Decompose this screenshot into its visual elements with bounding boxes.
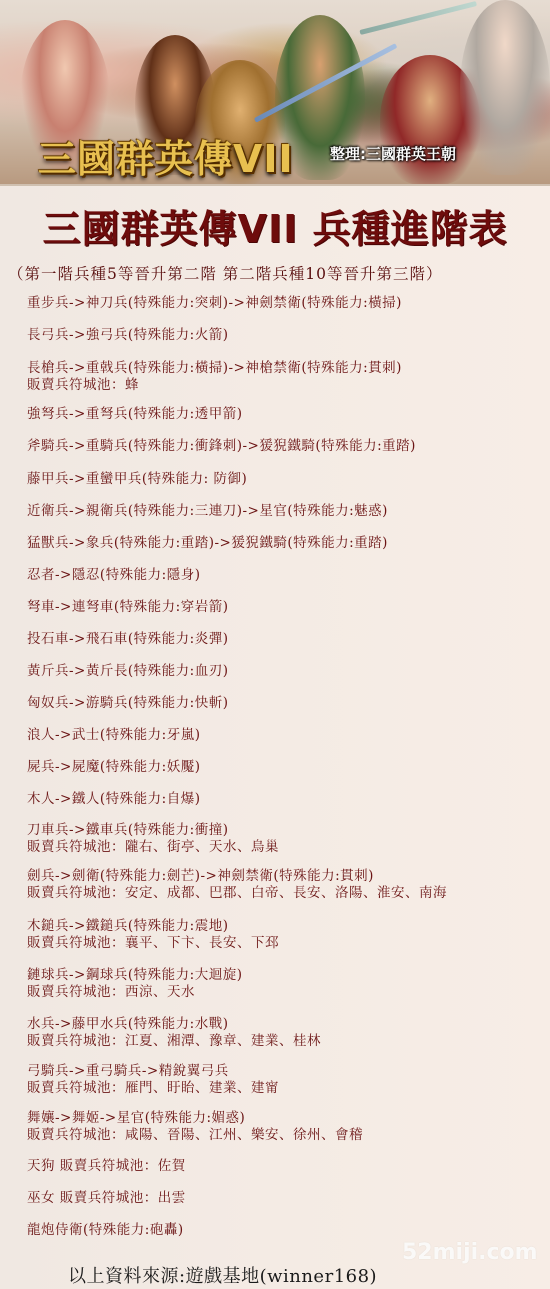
unit-entry: 刀車兵->鐵車兵(特殊能力:衝撞)販賣兵符城池：隴右、街亭、天水、烏巢 — [27, 822, 279, 856]
unit-entry: 劍兵->劍衛(特殊能力:劍芒)->神劍禁衛(特殊能力:貫刺)販賣兵符城池：安定、… — [27, 868, 447, 902]
upgrade-path: 投石車->飛石車(特殊能力:炎彈) — [27, 631, 228, 648]
recruit-cities: 販賣兵符城池：咸陽、晉陽、江州、樂安、徐州、會稽 — [27, 1127, 363, 1144]
upgrade-path: 斧騎兵->重騎兵(特殊能力:衝鋒刺)->猨猊鐵騎(特殊能力:重踏) — [27, 438, 416, 455]
upgrade-path: 巫女 販賣兵符城池：出雲 — [27, 1190, 186, 1207]
upgrade-path: 黃斤兵->黃斤長(特殊能力:血刃) — [27, 663, 228, 680]
unit-entry: 黃斤兵->黃斤長(特殊能力:血刃) — [27, 663, 228, 680]
unit-entry: 藤甲兵->重蠻甲兵(特殊能力: 防御) — [27, 471, 247, 488]
upgrade-path: 匈奴兵->游騎兵(特殊能力:快斬) — [27, 695, 228, 712]
recruit-cities: 販賣兵符城池：西涼、天水 — [27, 984, 242, 1001]
upgrade-path: 強弩兵->重弩兵(特殊能力:透甲箭) — [27, 406, 242, 423]
game-logo: 三國群英傳VII — [38, 128, 294, 183]
upgrade-path: 浪人->武士(特殊能力:牙嵐) — [27, 727, 200, 744]
unit-entry: 近衛兵->親衛兵(特殊能力:三連刀)->星官(特殊能力:魅惑) — [27, 503, 388, 520]
unit-entry: 浪人->武士(特殊能力:牙嵐) — [27, 727, 200, 744]
upgrade-path: 藤甲兵->重蠻甲兵(特殊能力: 防御) — [27, 471, 247, 488]
unit-entry: 水兵->藤甲水兵(特殊能力:水戰)販賣兵符城池：江夏、湘潭、豫章、建業、桂林 — [27, 1016, 321, 1050]
recruit-cities: 販賣兵符城池：安定、成都、巴郡、白帝、長安、洛陽、淮安、南海 — [27, 885, 447, 902]
unit-entry: 木鎚兵->鐵鎚兵(特殊能力:震地)販賣兵符城池：襄平、下卞、長安、下邳 — [27, 918, 279, 952]
unit-entry: 長槍兵->重戟兵(特殊能力:橫掃)->神槍禁衛(特殊能力:貫刺)販賣兵符城池：蜂 — [27, 360, 402, 394]
upgrade-path: 木鎚兵->鐵鎚兵(特殊能力:震地) — [27, 918, 279, 935]
upgrade-path: 重步兵->神刀兵(特殊能力:突刺)->神劍禁衛(特殊能力:橫掃) — [27, 295, 402, 312]
recruit-cities: 販賣兵符城池：襄平、下卞、長安、下邳 — [27, 935, 279, 952]
unit-entry: 巫女 販賣兵符城池：出雲 — [27, 1190, 186, 1207]
watermark: 52miji.com — [402, 1240, 538, 1265]
unit-entry: 投石車->飛石車(特殊能力:炎彈) — [27, 631, 228, 648]
unit-entry: 長弓兵->強弓兵(特殊能力:火箭) — [27, 327, 228, 344]
unit-entry: 弩車->連弩車(特殊能力:穿岩箭) — [27, 599, 228, 616]
upgrade-path: 弓騎兵->重弓騎兵->精銳翼弓兵 — [27, 1063, 279, 1080]
character-art — [460, 0, 550, 175]
recruit-cities: 販賣兵符城池：蜂 — [27, 377, 402, 394]
unit-entry: 猛獸兵->象兵(特殊能力:重踏)->猨猊鐵騎(特殊能力:重踏) — [27, 535, 388, 552]
unit-entry: 弓騎兵->重弓騎兵->精銳翼弓兵販賣兵符城池：雁門、盱眙、建業、建甯 — [27, 1063, 279, 1097]
unit-entry: 天狗 販賣兵符城池：佐賀 — [27, 1158, 186, 1175]
unit-entry: 木人->鐵人(特殊能力:自爆) — [27, 791, 200, 808]
upgrade-path: 長槍兵->重戟兵(特殊能力:橫掃)->神槍禁衛(特殊能力:貫刺) — [27, 360, 402, 377]
unit-entry: 強弩兵->重弩兵(特殊能力:透甲箭) — [27, 406, 242, 423]
upgrade-path: 屍兵->屍魔(特殊能力:妖魘) — [27, 759, 200, 776]
source-credit: 以上資料來源:遊戲基地(winner168) — [68, 1262, 377, 1288]
upgrade-path: 木人->鐵人(特殊能力:自爆) — [27, 791, 200, 808]
page-title: 三國群英傳VII 兵種進階表 — [0, 198, 550, 253]
upgrade-path: 猛獸兵->象兵(特殊能力:重踏)->猨猊鐵騎(特殊能力:重踏) — [27, 535, 388, 552]
compiler-credit: 整理:三國群英王朝 — [330, 143, 456, 164]
unit-entry: 匈奴兵->游騎兵(特殊能力:快斬) — [27, 695, 228, 712]
page-subtitle: （第一階兵種5等晉升第二階 第二階兵種10等晉升第三階） — [8, 262, 548, 284]
upgrade-path: 忍者->隱忍(特殊能力:隱身) — [27, 567, 200, 584]
upgrade-path: 劍兵->劍衛(特殊能力:劍芒)->神劍禁衛(特殊能力:貫刺) — [27, 868, 447, 885]
unit-entry: 重步兵->神刀兵(特殊能力:突刺)->神劍禁衛(特殊能力:橫掃) — [27, 295, 402, 312]
upgrade-path: 刀車兵->鐵車兵(特殊能力:衝撞) — [27, 822, 279, 839]
upgrade-path: 天狗 販賣兵符城池：佐賀 — [27, 1158, 186, 1175]
unit-entry: 斧騎兵->重騎兵(特殊能力:衝鋒刺)->猨猊鐵騎(特殊能力:重踏) — [27, 438, 416, 455]
upgrade-path: 水兵->藤甲水兵(特殊能力:水戰) — [27, 1016, 321, 1033]
upgrade-path: 鏈球兵->鋼球兵(特殊能力:大迴旋) — [27, 967, 242, 984]
unit-entry: 舞孃->舞姬->星官(特殊能力:媚惑)販賣兵符城池：咸陽、晉陽、江州、樂安、徐州… — [27, 1110, 363, 1144]
recruit-cities: 販賣兵符城池：江夏、湘潭、豫章、建業、桂林 — [27, 1033, 321, 1050]
unit-entry: 屍兵->屍魔(特殊能力:妖魘) — [27, 759, 200, 776]
upgrade-path: 龍炮侍衛(特殊能力:砲轟) — [27, 1222, 184, 1239]
upgrade-path: 近衛兵->親衛兵(特殊能力:三連刀)->星官(特殊能力:魅惑) — [27, 503, 388, 520]
upgrade-path: 弩車->連弩車(特殊能力:穿岩箭) — [27, 599, 228, 616]
unit-entry: 忍者->隱忍(特殊能力:隱身) — [27, 567, 200, 584]
recruit-cities: 販賣兵符城池：雁門、盱眙、建業、建甯 — [27, 1080, 279, 1097]
unit-entry: 龍炮侍衛(特殊能力:砲轟) — [27, 1222, 184, 1239]
spear-decoration — [359, 1, 477, 35]
upgrade-path: 舞孃->舞姬->星官(特殊能力:媚惑) — [27, 1110, 363, 1127]
upgrade-path: 長弓兵->強弓兵(特殊能力:火箭) — [27, 327, 228, 344]
recruit-cities: 販賣兵符城池：隴右、街亭、天水、烏巢 — [27, 839, 279, 856]
header-banner: 三國群英傳VII 整理:三國群英王朝 — [0, 0, 550, 186]
unit-entry: 鏈球兵->鋼球兵(特殊能力:大迴旋)販賣兵符城池：西涼、天水 — [27, 967, 242, 1001]
